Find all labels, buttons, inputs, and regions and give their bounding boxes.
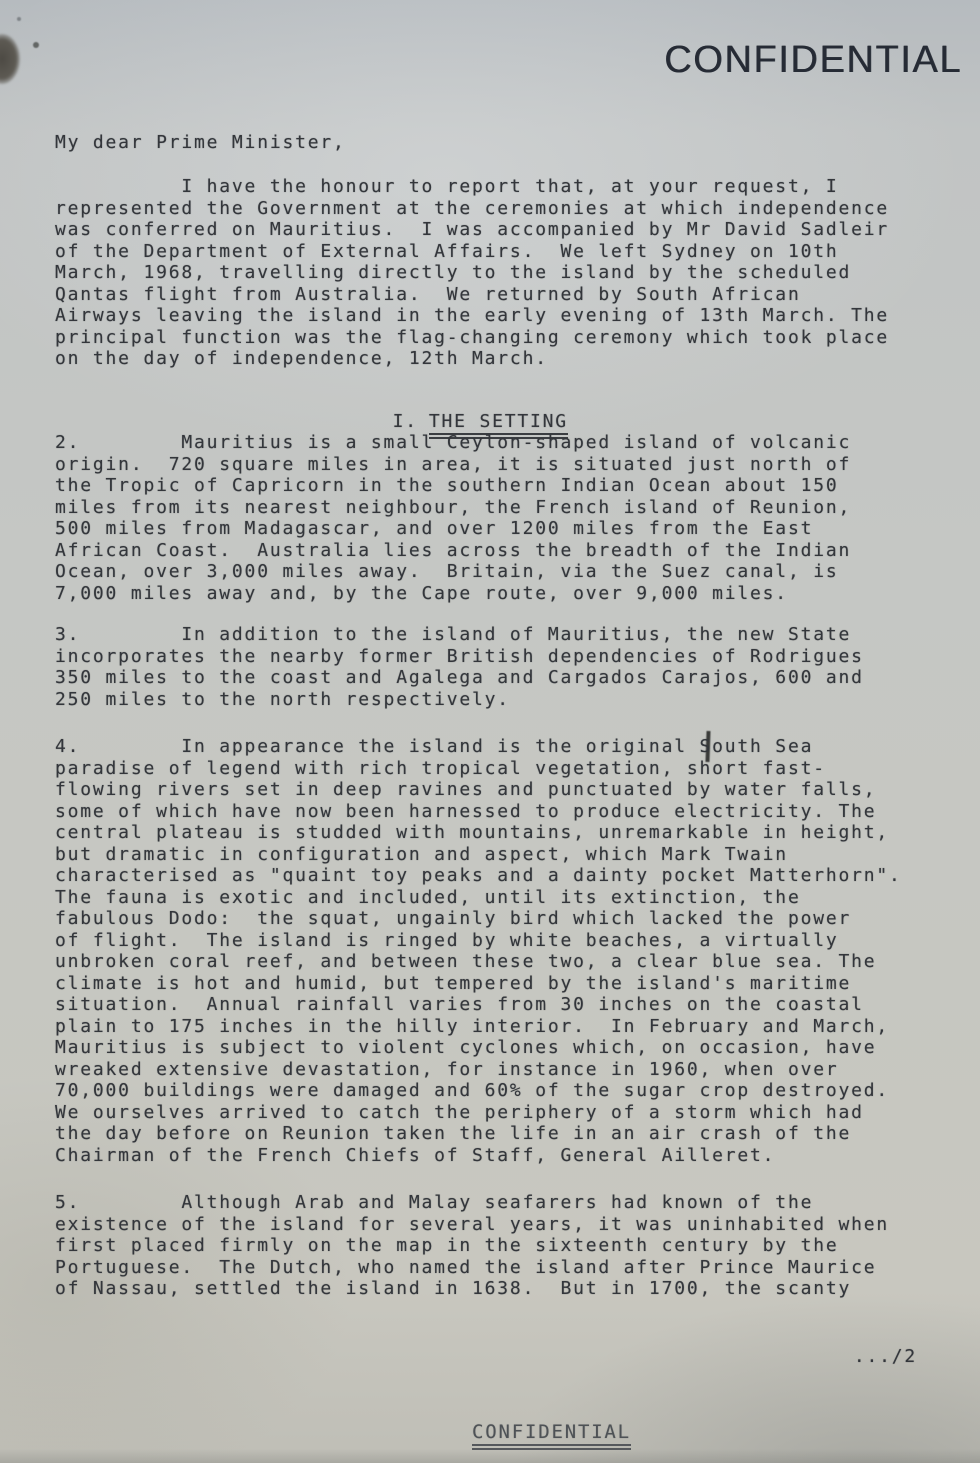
ink-speck	[33, 42, 39, 48]
ink-speck	[17, 17, 21, 21]
paragraph-5: 5. Although Arab and Malay seafarers had…	[55, 1192, 935, 1300]
scanned-letter-page: CONFIDENTIAL My dear Prime Minister, I h…	[0, 0, 980, 1463]
paragraph-2: 2. Mauritius is a small Ceylon-shaped is…	[55, 432, 935, 604]
scan-edge-shadow	[0, 1449, 980, 1463]
paragraph-3: 3. In addition to the island of Mauritiu…	[55, 624, 935, 710]
page-continuation-mark: .../2	[854, 1346, 917, 1368]
section-heading-numeral: I.	[393, 411, 418, 432]
paragraph-4: 4. In appearance the island is the origi…	[55, 736, 935, 1166]
punch-hole-artifact	[0, 34, 20, 84]
classification-stamp-bottom-text: CONFIDENTIAL	[472, 1421, 631, 1450]
classification-stamp-top: CONFIDENTIAL	[664, 41, 962, 79]
paragraph-1: I have the honour to report that, at you…	[55, 176, 935, 370]
salutation: My dear Prime Minister,	[55, 132, 346, 154]
